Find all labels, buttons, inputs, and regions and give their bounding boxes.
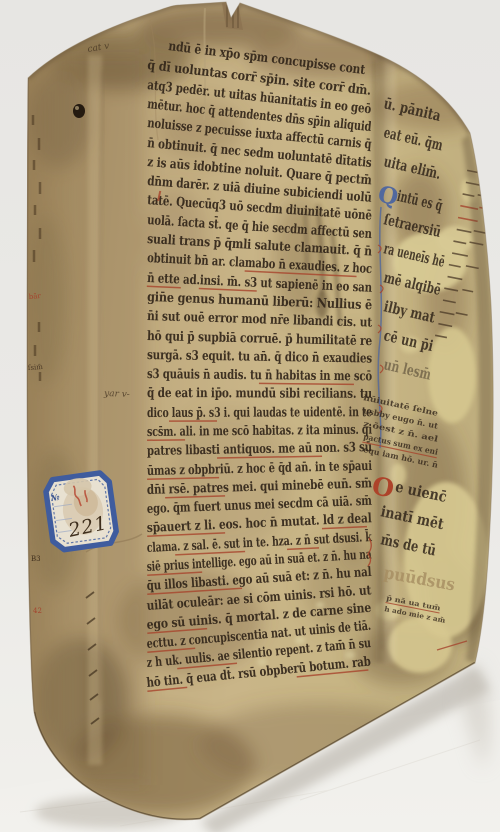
spine <box>27 0 107 832</box>
spine-mark-ink-lower: B3 <box>31 555 41 563</box>
shelf-label: № 221 <box>44 472 117 551</box>
manuscript-line: q̄ de eat in ip̄o. mundū sibi recilians.… <box>147 386 372 402</box>
manuscript-line: dico laus p̄. s3 i. qui laudas te uident… <box>147 405 372 421</box>
spine-mark-red-top: bār <box>28 292 41 301</box>
wormhole <box>73 104 85 118</box>
wormhole-highlight <box>75 106 79 110</box>
manuscript-line: s3 quāuis n̄ audis. tu n̄ habitas in me … <box>147 367 373 384</box>
manuscript-line: scs̄m. ali. in me scō habitas. z ita min… <box>147 423 372 440</box>
red-underline <box>169 420 217 422</box>
scene: ndū ē in xp̄o sp̄m concupisse cont q̄ dī… <box>0 0 500 832</box>
margin-note: yar v- <box>103 389 130 400</box>
photograph-medieval-manuscript-book: ndū ē in xp̄o sp̄m concupisse cont q̄ dī… <box>0 0 500 832</box>
label-prefix: № <box>49 492 60 503</box>
spine-mark-ink: ſsim̄ <box>28 363 44 372</box>
spine-mark-red-bottom: 42 <box>33 607 42 615</box>
